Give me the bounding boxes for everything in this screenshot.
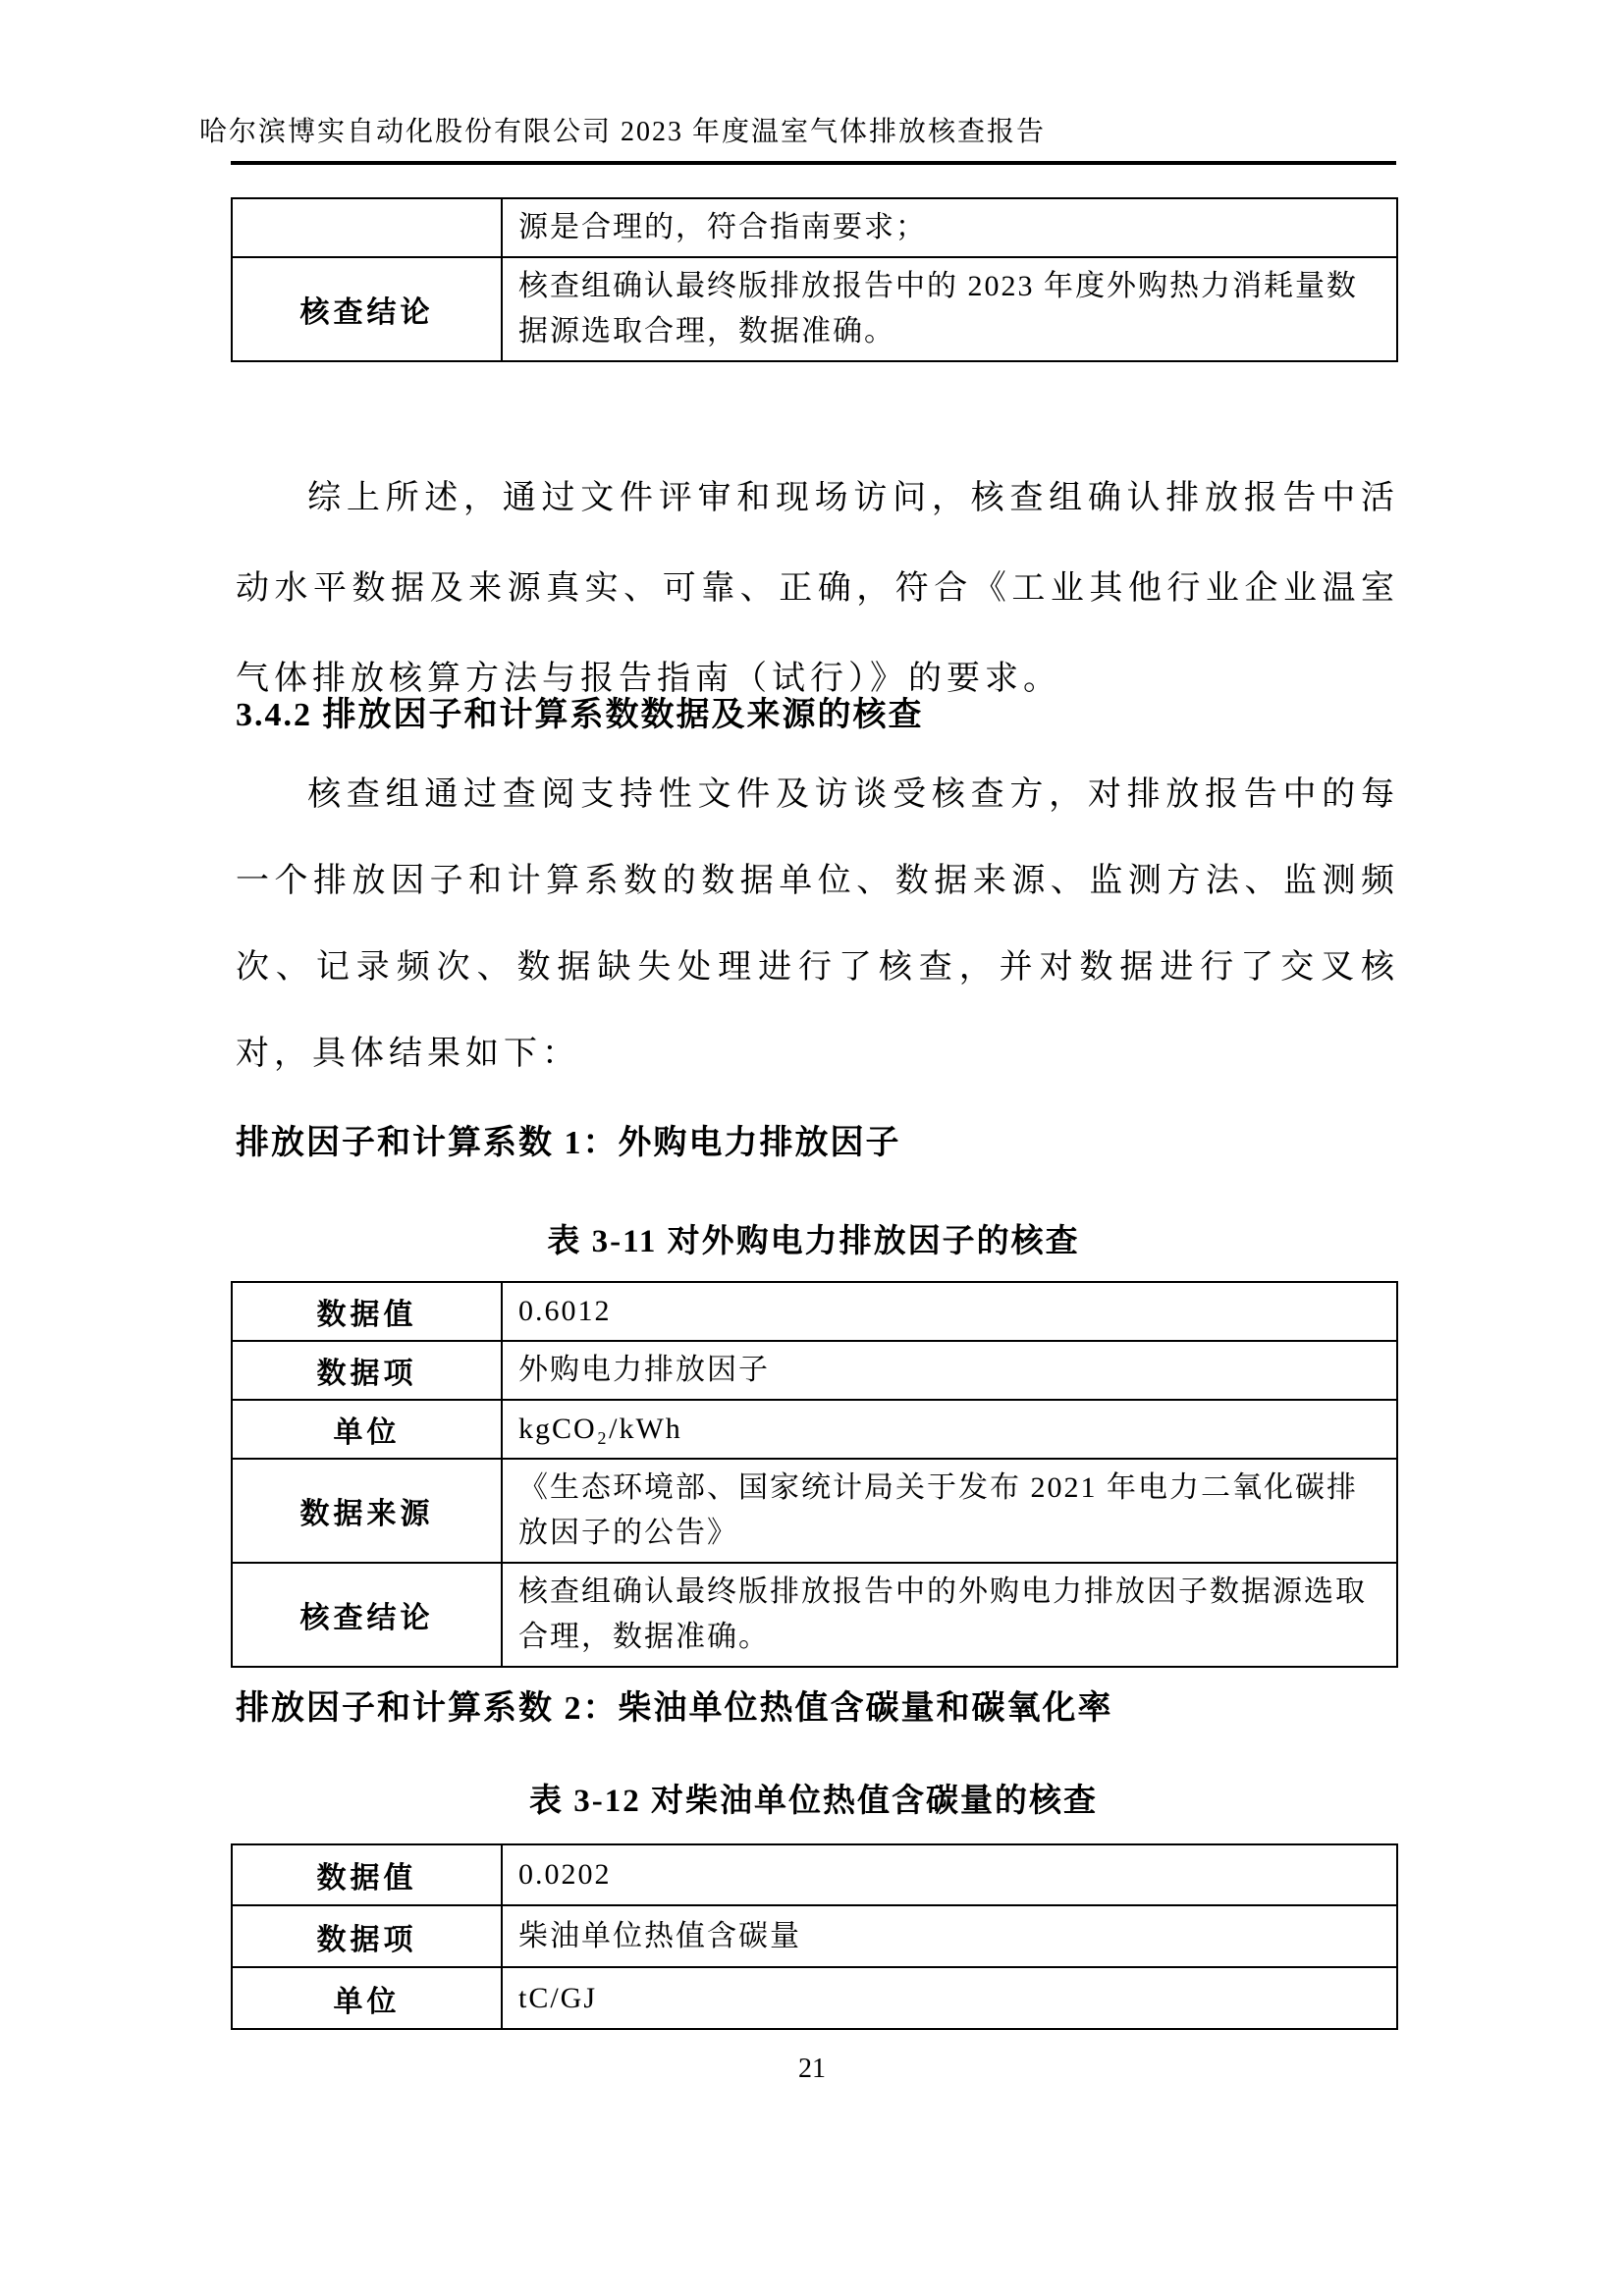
row-label-cell xyxy=(232,198,502,257)
table-row: 源是合理的，符合指南要求； xyxy=(232,198,1397,257)
row-value-cell: kgCO₂/kWh xyxy=(502,1400,1397,1459)
row-label-cell: 数据来源 xyxy=(232,1459,502,1563)
row-value-cell: 核查组确认最终版排放报告中的 2023 年度外购热力消耗量数据源选取合理，数据准… xyxy=(502,257,1397,361)
row-label-cell: 单位 xyxy=(232,1400,502,1459)
table-row: 核查结论 核查组确认最终版排放报告中的外购电力排放因子数据源选取合理，数据准确。 xyxy=(232,1563,1397,1667)
table-3-12-title: 表 3-12 对柴油单位热值含碳量的核查 xyxy=(231,1775,1396,1821)
table-row: 单位 kgCO₂/kWh xyxy=(232,1400,1397,1459)
row-value-cell: 柴油单位热值含碳量 xyxy=(502,1905,1397,1967)
table-3-11-title: 表 3-11 对外购电力排放因子的核查 xyxy=(231,1215,1396,1261)
table-row: 数据来源 《生态环境部、国家统计局关于发布 2021 年电力二氧化碳排放因子的公… xyxy=(232,1459,1397,1563)
table-3-11: 数据值 0.6012 数据项 外购电力排放因子 单位 kgCO₂/kWh 数据来… xyxy=(231,1281,1398,1668)
row-value-cell: 0.6012 xyxy=(502,1282,1397,1341)
section-heading-3-4-2: 3.4.2 排放因子和计算系数数据及来源的核查 xyxy=(236,687,924,735)
row-value-cell: 外购电力排放因子 xyxy=(502,1341,1397,1400)
table-row: 单位 tC/GJ xyxy=(232,1967,1397,2029)
page-header-title: 哈尔滨博实自动化股份有限公司 2023 年度温室气体排放核查报告 xyxy=(199,110,1046,149)
row-value-cell: 《生态环境部、国家统计局关于发布 2021 年电力二氧化碳排放因子的公告》 xyxy=(502,1459,1397,1563)
table-3-12: 数据值 0.0202 数据项 柴油单位热值含碳量 单位 tC/GJ xyxy=(231,1843,1398,2030)
header-rule xyxy=(231,161,1396,165)
verification-conclusion-continuation-table: 源是合理的，符合指南要求； 核查结论 核查组确认最终版排放报告中的 2023 年… xyxy=(231,197,1398,362)
row-label-cell: 数据项 xyxy=(232,1905,502,1967)
document-page: 哈尔滨博实自动化股份有限公司 2023 年度温室气体排放核查报告 源是合理的，符… xyxy=(0,0,1624,2296)
row-label-cell: 数据值 xyxy=(232,1844,502,1905)
factor2-heading: 排放因子和计算系数 2：柴油单位热值含碳量和碳氧化率 xyxy=(236,1681,1113,1729)
table-row: 核查结论 核查组确认最终版排放报告中的 2023 年度外购热力消耗量数据源选取合… xyxy=(232,257,1397,361)
row-label-cell: 核查结论 xyxy=(232,257,502,361)
section-intro-paragraph: 核查组通过查阅支持性文件及访谈受核查方，对排放报告中的每一个排放因子和计算系数的… xyxy=(236,752,1399,1097)
row-value-cell: tC/GJ xyxy=(502,1967,1397,2029)
table-row: 数据值 0.0202 xyxy=(232,1844,1397,1905)
row-value-cell: 源是合理的，符合指南要求； xyxy=(502,198,1397,257)
page-number: 21 xyxy=(0,2054,1624,2085)
summary-paragraph: 综上所述，通过文件评审和现场访问，核查组确认排放报告中活动水平数据及来源真实、可… xyxy=(236,454,1399,724)
factor1-heading: 排放因子和计算系数 1：外购电力排放因子 xyxy=(236,1115,901,1163)
row-label-cell: 单位 xyxy=(232,1967,502,2029)
table-row: 数据值 0.6012 xyxy=(232,1282,1397,1341)
row-value-cell: 核查组确认最终版排放报告中的外购电力排放因子数据源选取合理，数据准确。 xyxy=(502,1563,1397,1667)
row-value-cell: 0.0202 xyxy=(502,1844,1397,1905)
row-label-cell: 数据值 xyxy=(232,1282,502,1341)
table-row: 数据项 外购电力排放因子 xyxy=(232,1341,1397,1400)
table-row: 数据项 柴油单位热值含碳量 xyxy=(232,1905,1397,1967)
row-label-cell: 数据项 xyxy=(232,1341,502,1400)
row-label-cell: 核查结论 xyxy=(232,1563,502,1667)
